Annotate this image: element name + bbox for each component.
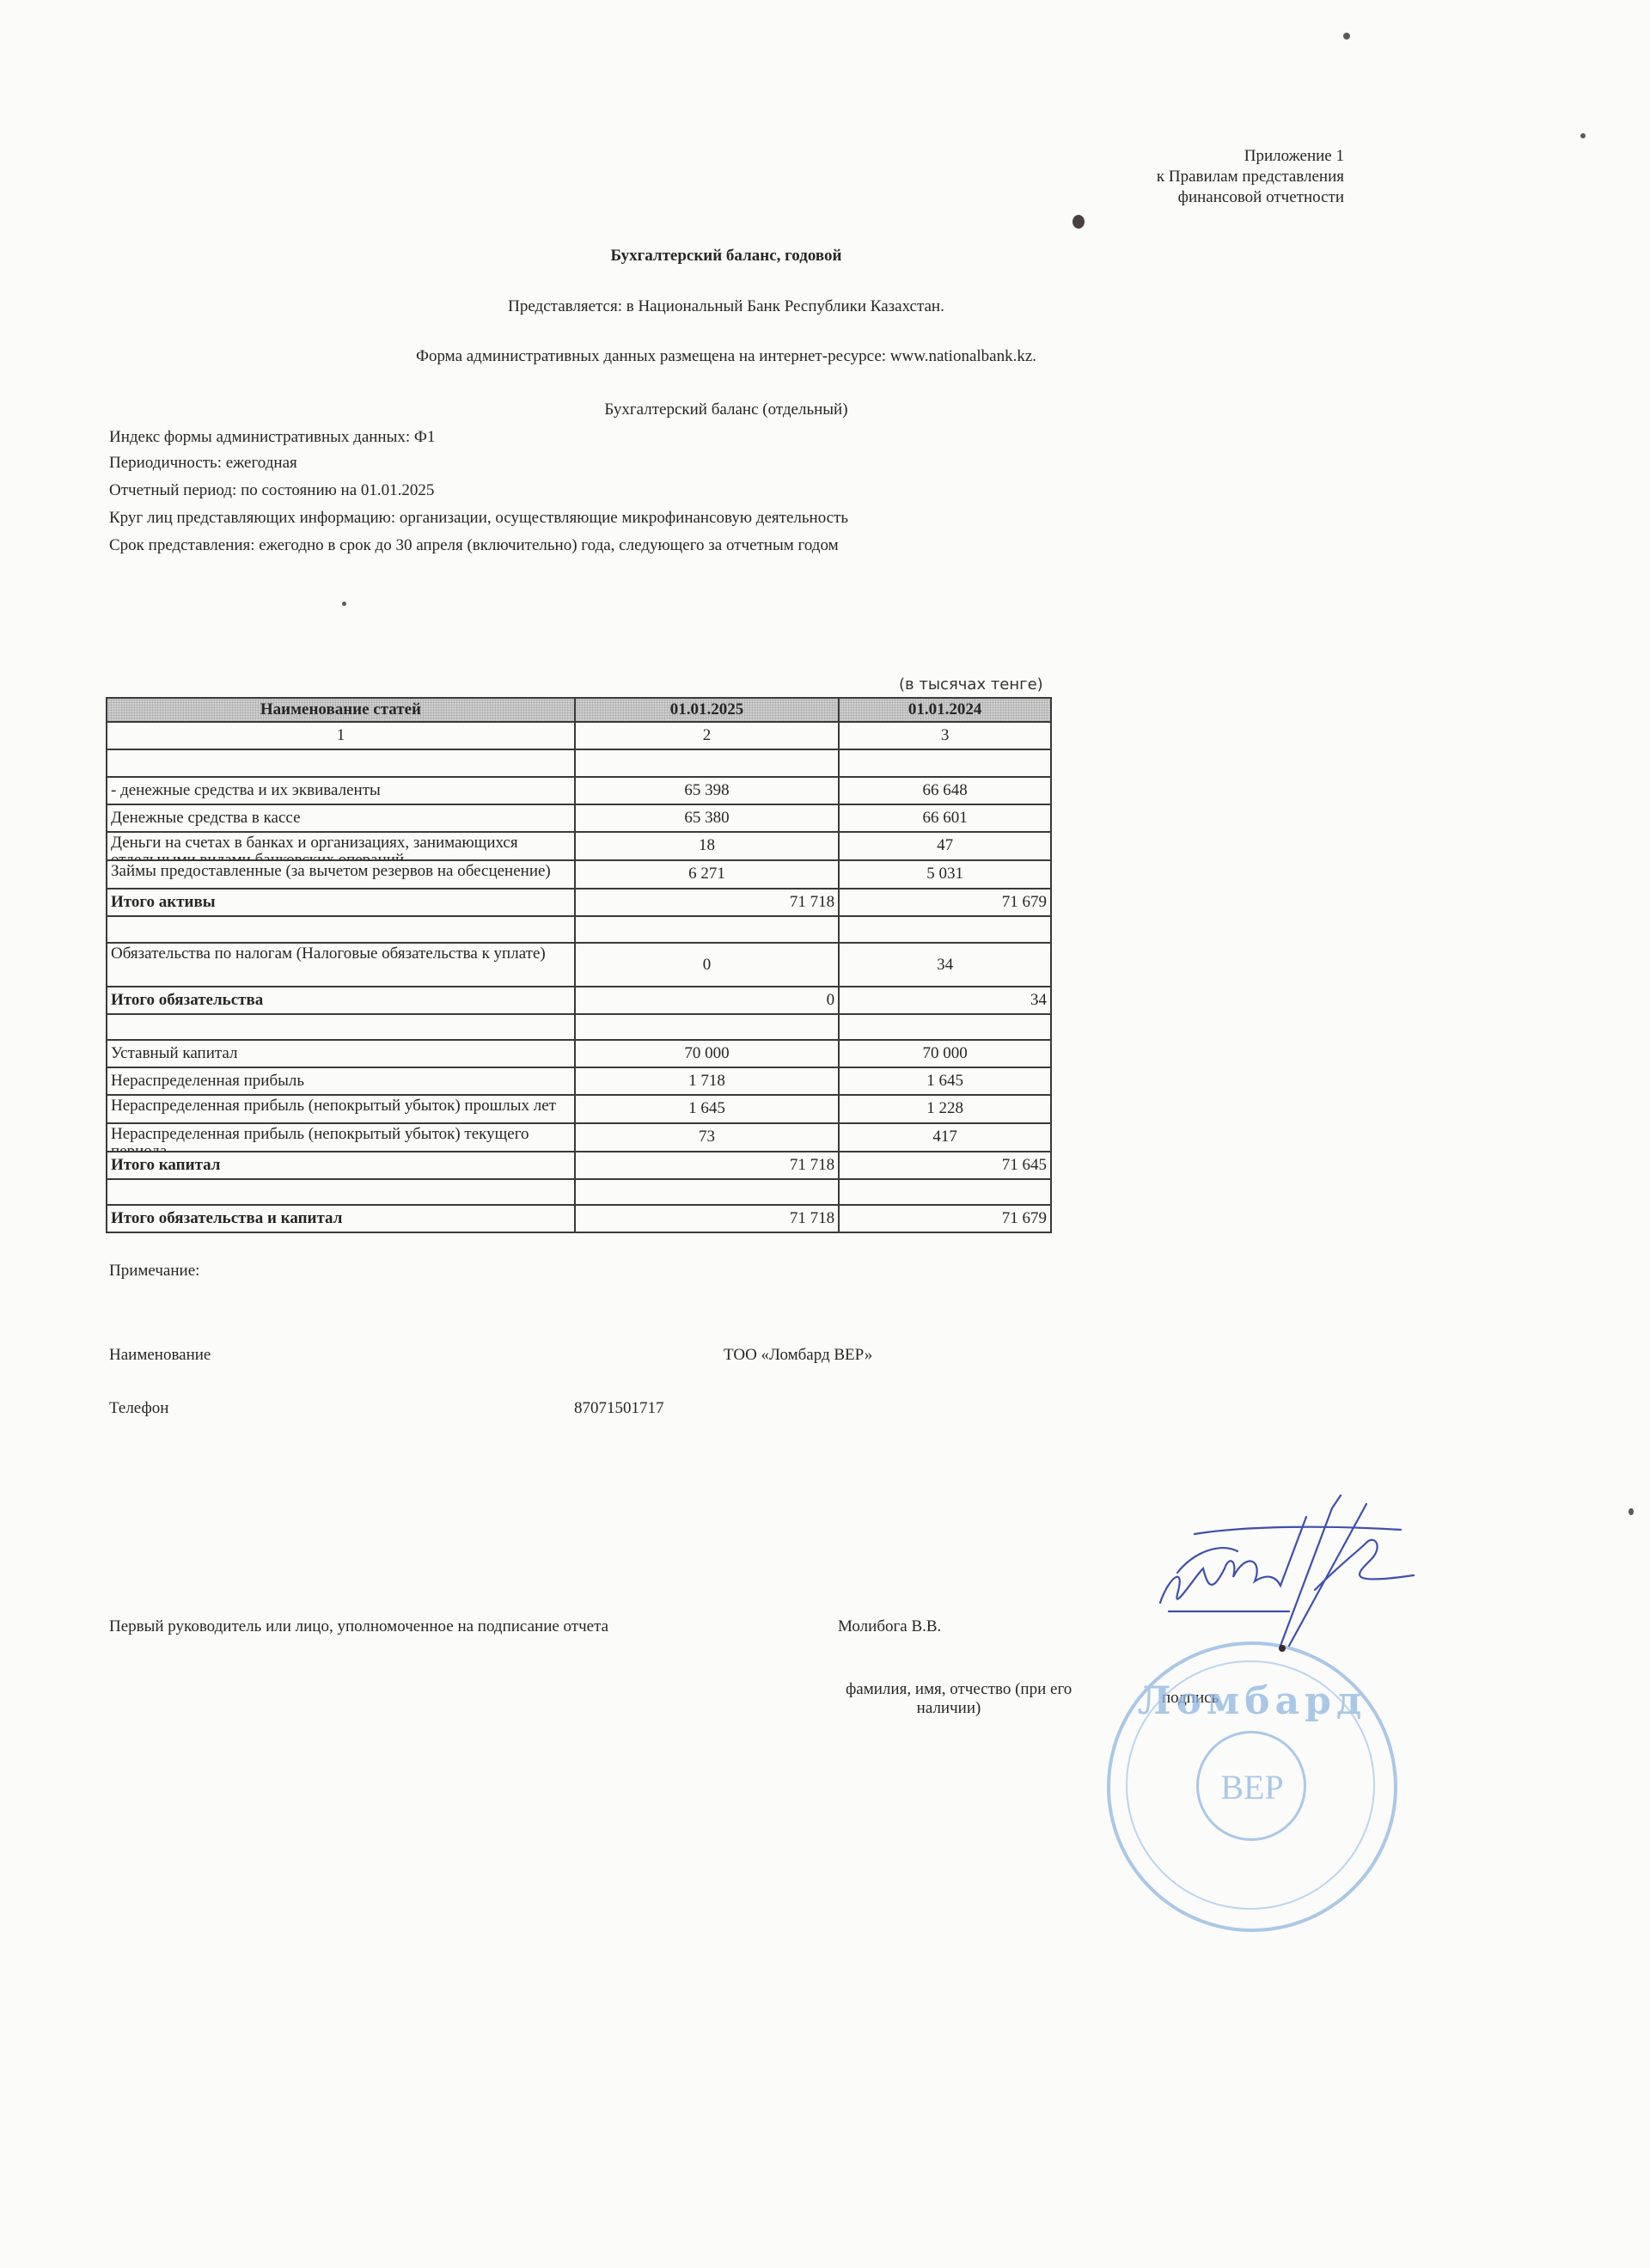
row-label: Займы предоставленные (за вычетом резерв… bbox=[107, 860, 575, 889]
value-2024: 1 228 bbox=[839, 1095, 1051, 1123]
value-2024: 71 645 bbox=[839, 1152, 1051, 1179]
reporting-period: Отчетный период: по состоянию на 01.01.2… bbox=[109, 481, 434, 500]
row-label: Итого обязательства bbox=[107, 987, 575, 1014]
periodicity: Периодичность: ежегодная bbox=[109, 454, 297, 473]
column-header-2025: 01.01.2025 bbox=[575, 698, 839, 722]
stamp-center-text: ВЕР bbox=[1110, 1767, 1394, 1807]
document-subtitle: Бухгалтерский баланс (отдельный) bbox=[0, 400, 1452, 419]
value-2025: 70 000 bbox=[575, 1040, 839, 1067]
table-header-row: Наименование статей 01.01.2025 01.01.202… bbox=[107, 698, 1051, 722]
table-row: Уставный капитал70 00070 000 bbox=[107, 1040, 1051, 1067]
row-label bbox=[107, 916, 575, 943]
signer-name: Молибога В.В. bbox=[838, 1617, 941, 1636]
row-label-text: Нераспределенная прибыль (непокрытый убы… bbox=[111, 1124, 571, 1151]
respondents: Круг лиц представляющих информацию: орга… bbox=[109, 509, 848, 528]
row-label: Нераспределенная прибыль (непокрытый убы… bbox=[107, 1095, 575, 1123]
value-2025: 1 645 bbox=[575, 1095, 839, 1123]
organization-name: ТОО «Ломбард ВЕР» bbox=[724, 1346, 872, 1365]
row-label: - денежные средства и их эквиваленты bbox=[107, 777, 575, 804]
table-row: Денежные средства в кассе65 38066 601 bbox=[107, 804, 1051, 832]
scan-speck bbox=[1629, 1508, 1634, 1515]
submission-deadline: Срок представления: ежегодно в срок до 3… bbox=[109, 536, 839, 555]
row-label: Итого активы bbox=[107, 889, 575, 916]
signature-icon bbox=[1143, 1491, 1418, 1654]
column-header-2024: 01.01.2024 bbox=[839, 698, 1051, 722]
value-2024: 34 bbox=[839, 987, 1051, 1014]
table-row: Нераспределенная прибыль1 7181 645 bbox=[107, 1067, 1051, 1095]
value-2025 bbox=[575, 1014, 839, 1040]
value-2025 bbox=[575, 749, 839, 777]
value-2025: 6 271 bbox=[575, 860, 839, 889]
row-label: Уставный капитал bbox=[107, 1040, 575, 1067]
table-row: Деньги на счетах в банках и организациях… bbox=[107, 832, 1051, 860]
value-2024 bbox=[839, 916, 1051, 943]
row-label: Итого обязательства и капитал bbox=[107, 1205, 575, 1232]
value-2024: 417 bbox=[839, 1123, 1051, 1152]
name-label: Наименование bbox=[109, 1346, 211, 1365]
value-2024: 66 601 bbox=[839, 804, 1051, 832]
document-title: Бухгалтерский баланс, годовой bbox=[0, 247, 1452, 266]
value-2024: 71 679 bbox=[839, 889, 1051, 916]
row-label: Нераспределенная прибыль bbox=[107, 1067, 575, 1095]
column-number-3: 3 bbox=[839, 722, 1051, 749]
table-row bbox=[107, 1179, 1051, 1205]
appendix-line-1: Приложение 1 bbox=[1157, 146, 1344, 167]
value-2025: 71 718 bbox=[575, 889, 839, 916]
value-2024: 70 000 bbox=[839, 1040, 1051, 1067]
value-2024: 1 645 bbox=[839, 1067, 1051, 1095]
value-2024 bbox=[839, 1179, 1051, 1205]
value-2025: 1 718 bbox=[575, 1067, 839, 1095]
value-2025: 73 bbox=[575, 1123, 839, 1152]
table-row bbox=[107, 916, 1051, 943]
fio-caption: фамилия, имя, отчество (при его наличии) bbox=[846, 1680, 1052, 1718]
table-row: Обязательства по налогам (Налоговые обяз… bbox=[107, 943, 1051, 987]
note-label: Примечание: bbox=[109, 1262, 199, 1281]
row-label bbox=[107, 1179, 575, 1205]
value-2024: 66 648 bbox=[839, 777, 1051, 804]
row-label-text: Нераспределенная прибыль (непокрытый убы… bbox=[111, 1096, 571, 1122]
appendix-line-3: финансовой отчетности bbox=[1157, 187, 1344, 208]
signer-label: Первый руководитель или лицо, уполномоче… bbox=[109, 1617, 608, 1636]
row-label: Нераспределенная прибыль (непокрытый убы… bbox=[107, 1123, 575, 1152]
column-number-2: 2 bbox=[575, 722, 839, 749]
column-number-row: 1 2 3 bbox=[107, 722, 1051, 749]
value-2025: 0 bbox=[575, 987, 839, 1014]
scan-speck bbox=[1580, 133, 1586, 138]
table-row: - денежные средства и их эквиваленты65 3… bbox=[107, 777, 1051, 804]
table-row bbox=[107, 749, 1051, 777]
value-2025 bbox=[575, 916, 839, 943]
balance-sheet-table: Наименование статей 01.01.2025 01.01.202… bbox=[106, 697, 1052, 1233]
value-2024 bbox=[839, 1014, 1051, 1040]
phone-label: Телефон bbox=[109, 1399, 168, 1418]
appendix-line-2: к Правилам представления bbox=[1157, 167, 1344, 187]
value-2024: 71 679 bbox=[839, 1205, 1051, 1232]
submitted-to: Представляется: в Национальный Банк Респ… bbox=[0, 297, 1452, 316]
row-label-text: Деньги на счетах в банках и организациях… bbox=[111, 833, 571, 859]
value-2025: 0 bbox=[575, 943, 839, 987]
scan-speck bbox=[1343, 33, 1350, 40]
value-2025: 71 718 bbox=[575, 1205, 839, 1232]
form-index: Индекс формы административных данных: Ф1 bbox=[109, 428, 435, 447]
table-row-total: Итого капитал71 71871 645 bbox=[107, 1152, 1051, 1179]
fio-caption-line-1: фамилия, имя, отчество (при его bbox=[846, 1680, 1052, 1699]
row-label: Денежные средства в кассе bbox=[107, 804, 575, 832]
table-row-total: Итого активы71 71871 679 bbox=[107, 889, 1051, 916]
row-label: Обязательства по налогам (Налоговые обяз… bbox=[107, 943, 575, 987]
table-row-total: Итого обязательства и капитал71 71871 67… bbox=[107, 1205, 1051, 1232]
value-2025: 65 398 bbox=[575, 777, 839, 804]
table-row: Нераспределенная прибыль (непокрытый убы… bbox=[107, 1123, 1051, 1152]
phone-number: 87071501717 bbox=[574, 1399, 664, 1418]
row-label bbox=[107, 749, 575, 777]
table-row: Займы предоставленные (за вычетом резерв… bbox=[107, 860, 1051, 889]
value-2024: 34 bbox=[839, 943, 1051, 987]
appendix-note: Приложение 1 к Правилам представления фи… bbox=[1157, 146, 1344, 208]
row-label: Итого капитал bbox=[107, 1152, 575, 1179]
column-header-item: Наименование статей bbox=[107, 698, 575, 722]
stamp-top-text: Ломбард bbox=[1110, 1679, 1394, 1723]
scan-speck bbox=[342, 602, 346, 606]
table-row bbox=[107, 1014, 1051, 1040]
fio-caption-line-2: наличии) bbox=[846, 1699, 1052, 1718]
value-2025: 71 718 bbox=[575, 1152, 839, 1179]
value-2025 bbox=[575, 1179, 839, 1205]
value-2025: 18 bbox=[575, 832, 839, 860]
company-stamp: Ломбард ВЕР bbox=[1107, 1641, 1397, 1932]
table-row-total: Итого обязательства034 bbox=[107, 987, 1051, 1014]
currency-unit: (в тысячах тенге) bbox=[899, 676, 1043, 694]
value-2025: 65 380 bbox=[575, 804, 839, 832]
value-2024: 47 bbox=[839, 832, 1051, 860]
form-location: Форма административных данных размещена … bbox=[0, 347, 1452, 366]
value-2024: 5 031 bbox=[839, 860, 1051, 889]
row-label-text: Займы предоставленные (за вычетом резерв… bbox=[111, 861, 571, 888]
value-2024 bbox=[839, 749, 1051, 777]
row-label: Деньги на счетах в банках и организациях… bbox=[107, 832, 575, 860]
scan-speck bbox=[1072, 215, 1085, 229]
column-number-1: 1 bbox=[107, 722, 575, 749]
table-row: Нераспределенная прибыль (непокрытый убы… bbox=[107, 1095, 1051, 1123]
row-label bbox=[107, 1014, 575, 1040]
